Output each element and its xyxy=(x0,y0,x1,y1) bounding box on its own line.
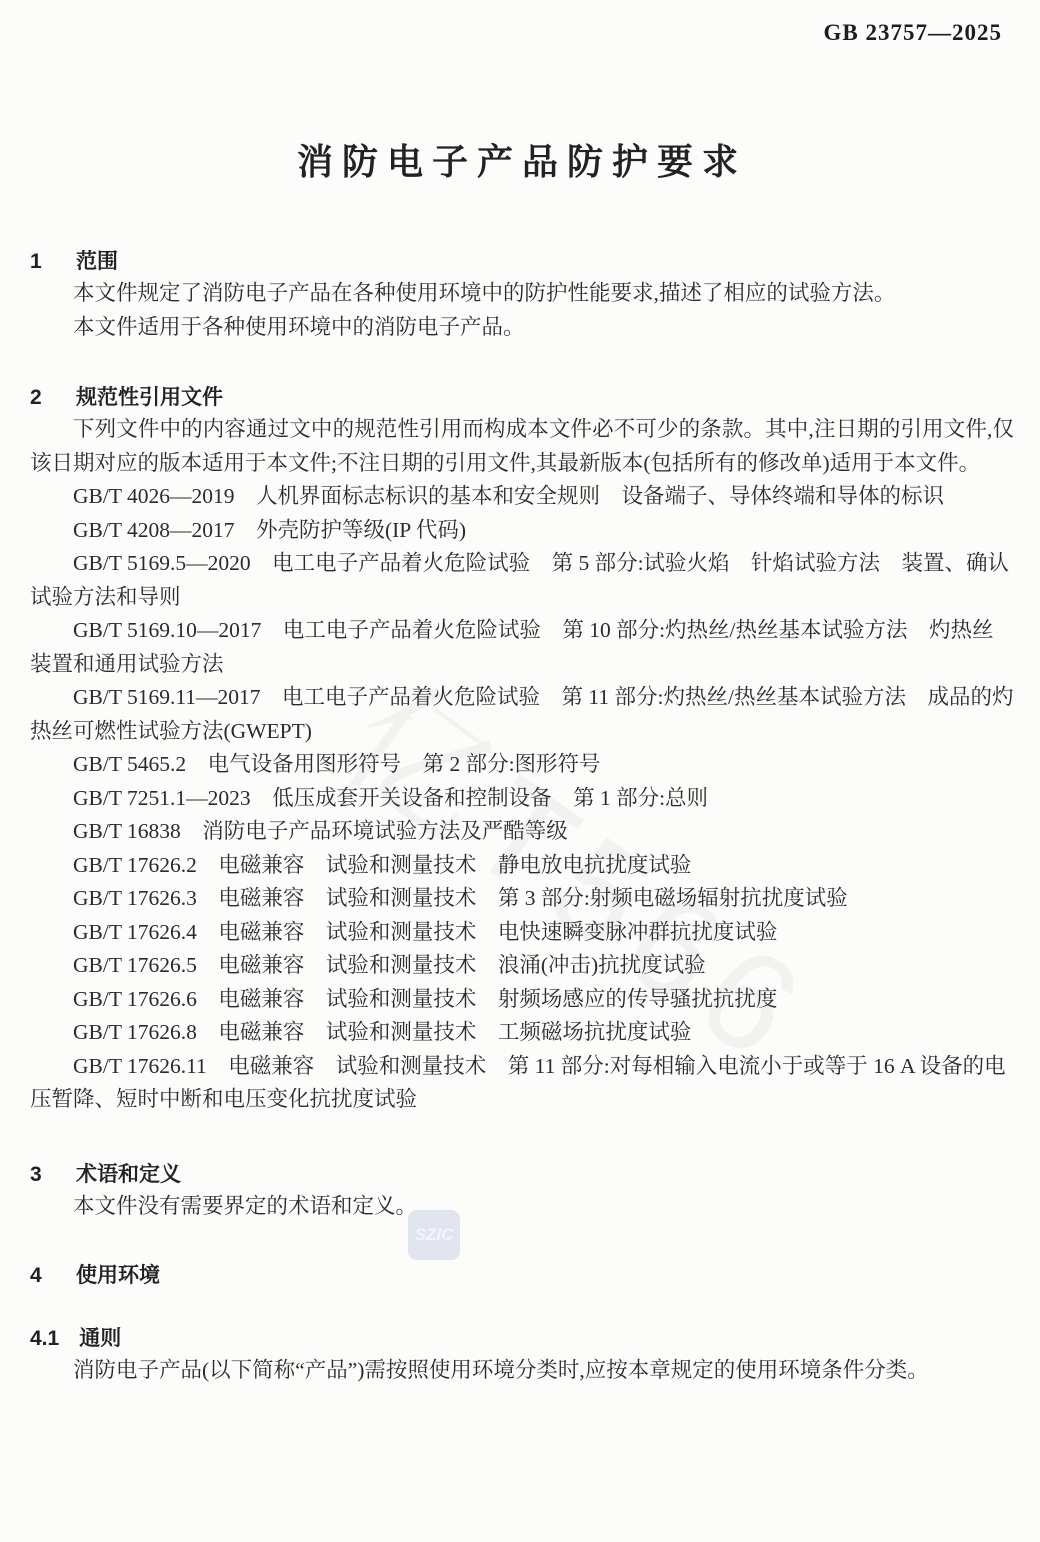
section-heading-label: 规范性引用文件 xyxy=(76,383,223,413)
section-heading-label: 使用环境 xyxy=(76,1261,160,1291)
reference-item: GB/T 17626.5 电磁兼容 试验和测量技术 浪涌(冲击)抗扰度试验 xyxy=(30,949,1014,983)
reference-item: GB/T 17626.4 电磁兼容 试验和测量技术 电快速瞬变脉冲群抗扰度试验 xyxy=(30,916,1014,950)
reference-item: GB/T 4026—2019 人机界面标志标识的基本和安全规则 设备端子、导体终… xyxy=(30,480,1014,514)
section-number: 4 xyxy=(30,1261,52,1291)
paragraph: 消防电子产品(以下简称“产品”)需按照使用环境分类时,应按本章规定的使用环境条件… xyxy=(30,1354,1014,1388)
reference-item: GB/T 16838 消防电子产品环境试验方法及严酷等级 xyxy=(30,815,1014,849)
section-heading-label: 范围 xyxy=(76,247,118,277)
reference-item: GB/T 17626.6 电磁兼容 试验和测量技术 射频场感应的传导骚扰抗扰度 xyxy=(30,983,1014,1017)
section-heading-3: 3 术语和定义 xyxy=(30,1160,1014,1190)
paragraph: 本文件规定了消防电子产品在各种使用环境中的防护性能要求,描述了相应的试验方法。 xyxy=(30,277,1014,311)
reference-item: GB/T 17626.8 电磁兼容 试验和测量技术 工频磁场抗扰度试验 xyxy=(30,1016,1014,1050)
section-heading-label: 术语和定义 xyxy=(76,1160,181,1190)
reference-item: GB/T 17626.2 电磁兼容 试验和测量技术 静电放电抗扰度试验 xyxy=(30,849,1014,883)
document-title: 消防电子产品防护要求 xyxy=(30,140,1014,184)
paragraph: 本文件适用于各种使用环境中的消防电子产品。 xyxy=(30,311,1014,345)
section-heading-4: 4 使用环境 xyxy=(30,1261,1014,1291)
section-number: 1 xyxy=(30,247,52,277)
section-heading-4-1: 4.1 通则 xyxy=(30,1324,1014,1354)
reference-item: GB/T 17626.3 电磁兼容 试验和测量技术 第 3 部分:射频电磁场辐射… xyxy=(30,882,1014,916)
reference-item: GB/T 5465.2 电气设备用图形符号 第 2 部分:图形符号 xyxy=(30,748,1014,782)
reference-item: GB/T 5169.5—2020 电工电子产品着火危险试验 第 5 部分:试验火… xyxy=(30,547,1014,614)
reference-item: GB/T 5169.11—2017 电工电子产品着火危险试验 第 11 部分:灼… xyxy=(30,681,1014,748)
normative-references-list: GB/T 4026—2019 人机界面标志标识的基本和安全规则 设备端子、导体终… xyxy=(30,480,1014,1117)
reference-item: GB/T 4208—2017 外壳防护等级(IP 代码) xyxy=(30,514,1014,548)
document-page: GB 23757—2025 消防电子产品防护要求 1 范围 本文件规定了消防电子… xyxy=(0,0,1040,1542)
paragraph: 下列文件中的内容通过文中的规范性引用而构成本文件必不可少的条款。其中,注日期的引… xyxy=(30,413,1014,480)
section-heading-2: 2 规范性引用文件 xyxy=(30,383,1014,413)
paragraph: 本文件没有需要界定的术语和定义。 xyxy=(30,1190,1014,1224)
section-heading-label: 通则 xyxy=(79,1324,121,1354)
section-number: 3 xyxy=(30,1160,52,1190)
standard-number: GB 23757—2025 xyxy=(30,20,1014,46)
section-heading-1: 1 范围 xyxy=(30,247,1014,277)
section-number: 4.1 xyxy=(30,1324,59,1354)
section-number: 2 xyxy=(30,383,52,413)
szic-logo-watermark: SZIC xyxy=(408,1210,460,1260)
reference-item: GB/T 5169.10—2017 电工电子产品着火危险试验 第 10 部分:灼… xyxy=(30,614,1014,681)
reference-item: GB/T 17626.11 电磁兼容 试验和测量技术 第 11 部分:对每相输入… xyxy=(30,1050,1014,1117)
reference-item: GB/T 7251.1—2023 低压成套开关设备和控制设备 第 1 部分:总则 xyxy=(30,782,1014,816)
